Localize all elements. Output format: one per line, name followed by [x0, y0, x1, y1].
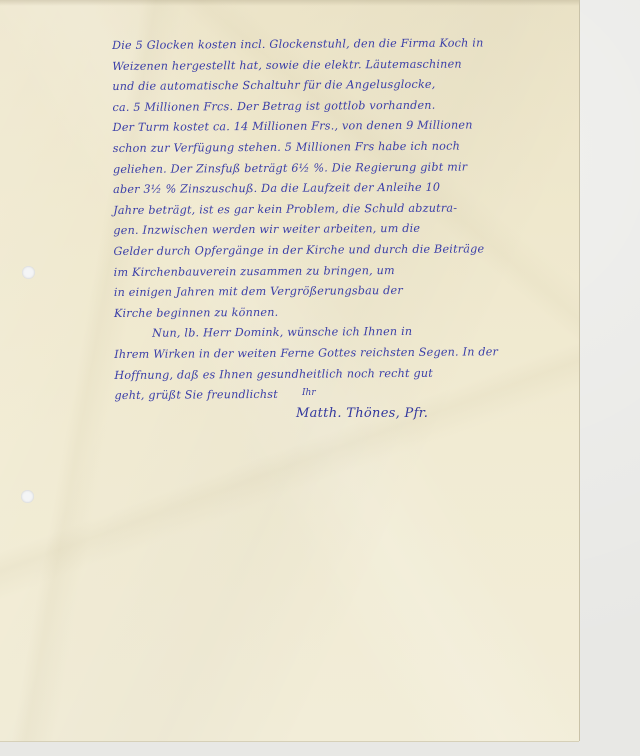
- signature: Matth. Thönes, Pfr.: [296, 406, 428, 421]
- punch-hole-bottom: [21, 490, 34, 503]
- closing-line: geht, grüßt Sie freundlichst: [114, 383, 569, 407]
- punch-hole-top: [22, 266, 35, 279]
- valediction: Ihr: [302, 388, 316, 398]
- letter-page: Die 5 Glocken kosten incl. Glockenstuhl,…: [0, 0, 579, 741]
- letter-body: Die 5 Glocken kosten incl. Glockenstuhl,…: [112, 33, 570, 407]
